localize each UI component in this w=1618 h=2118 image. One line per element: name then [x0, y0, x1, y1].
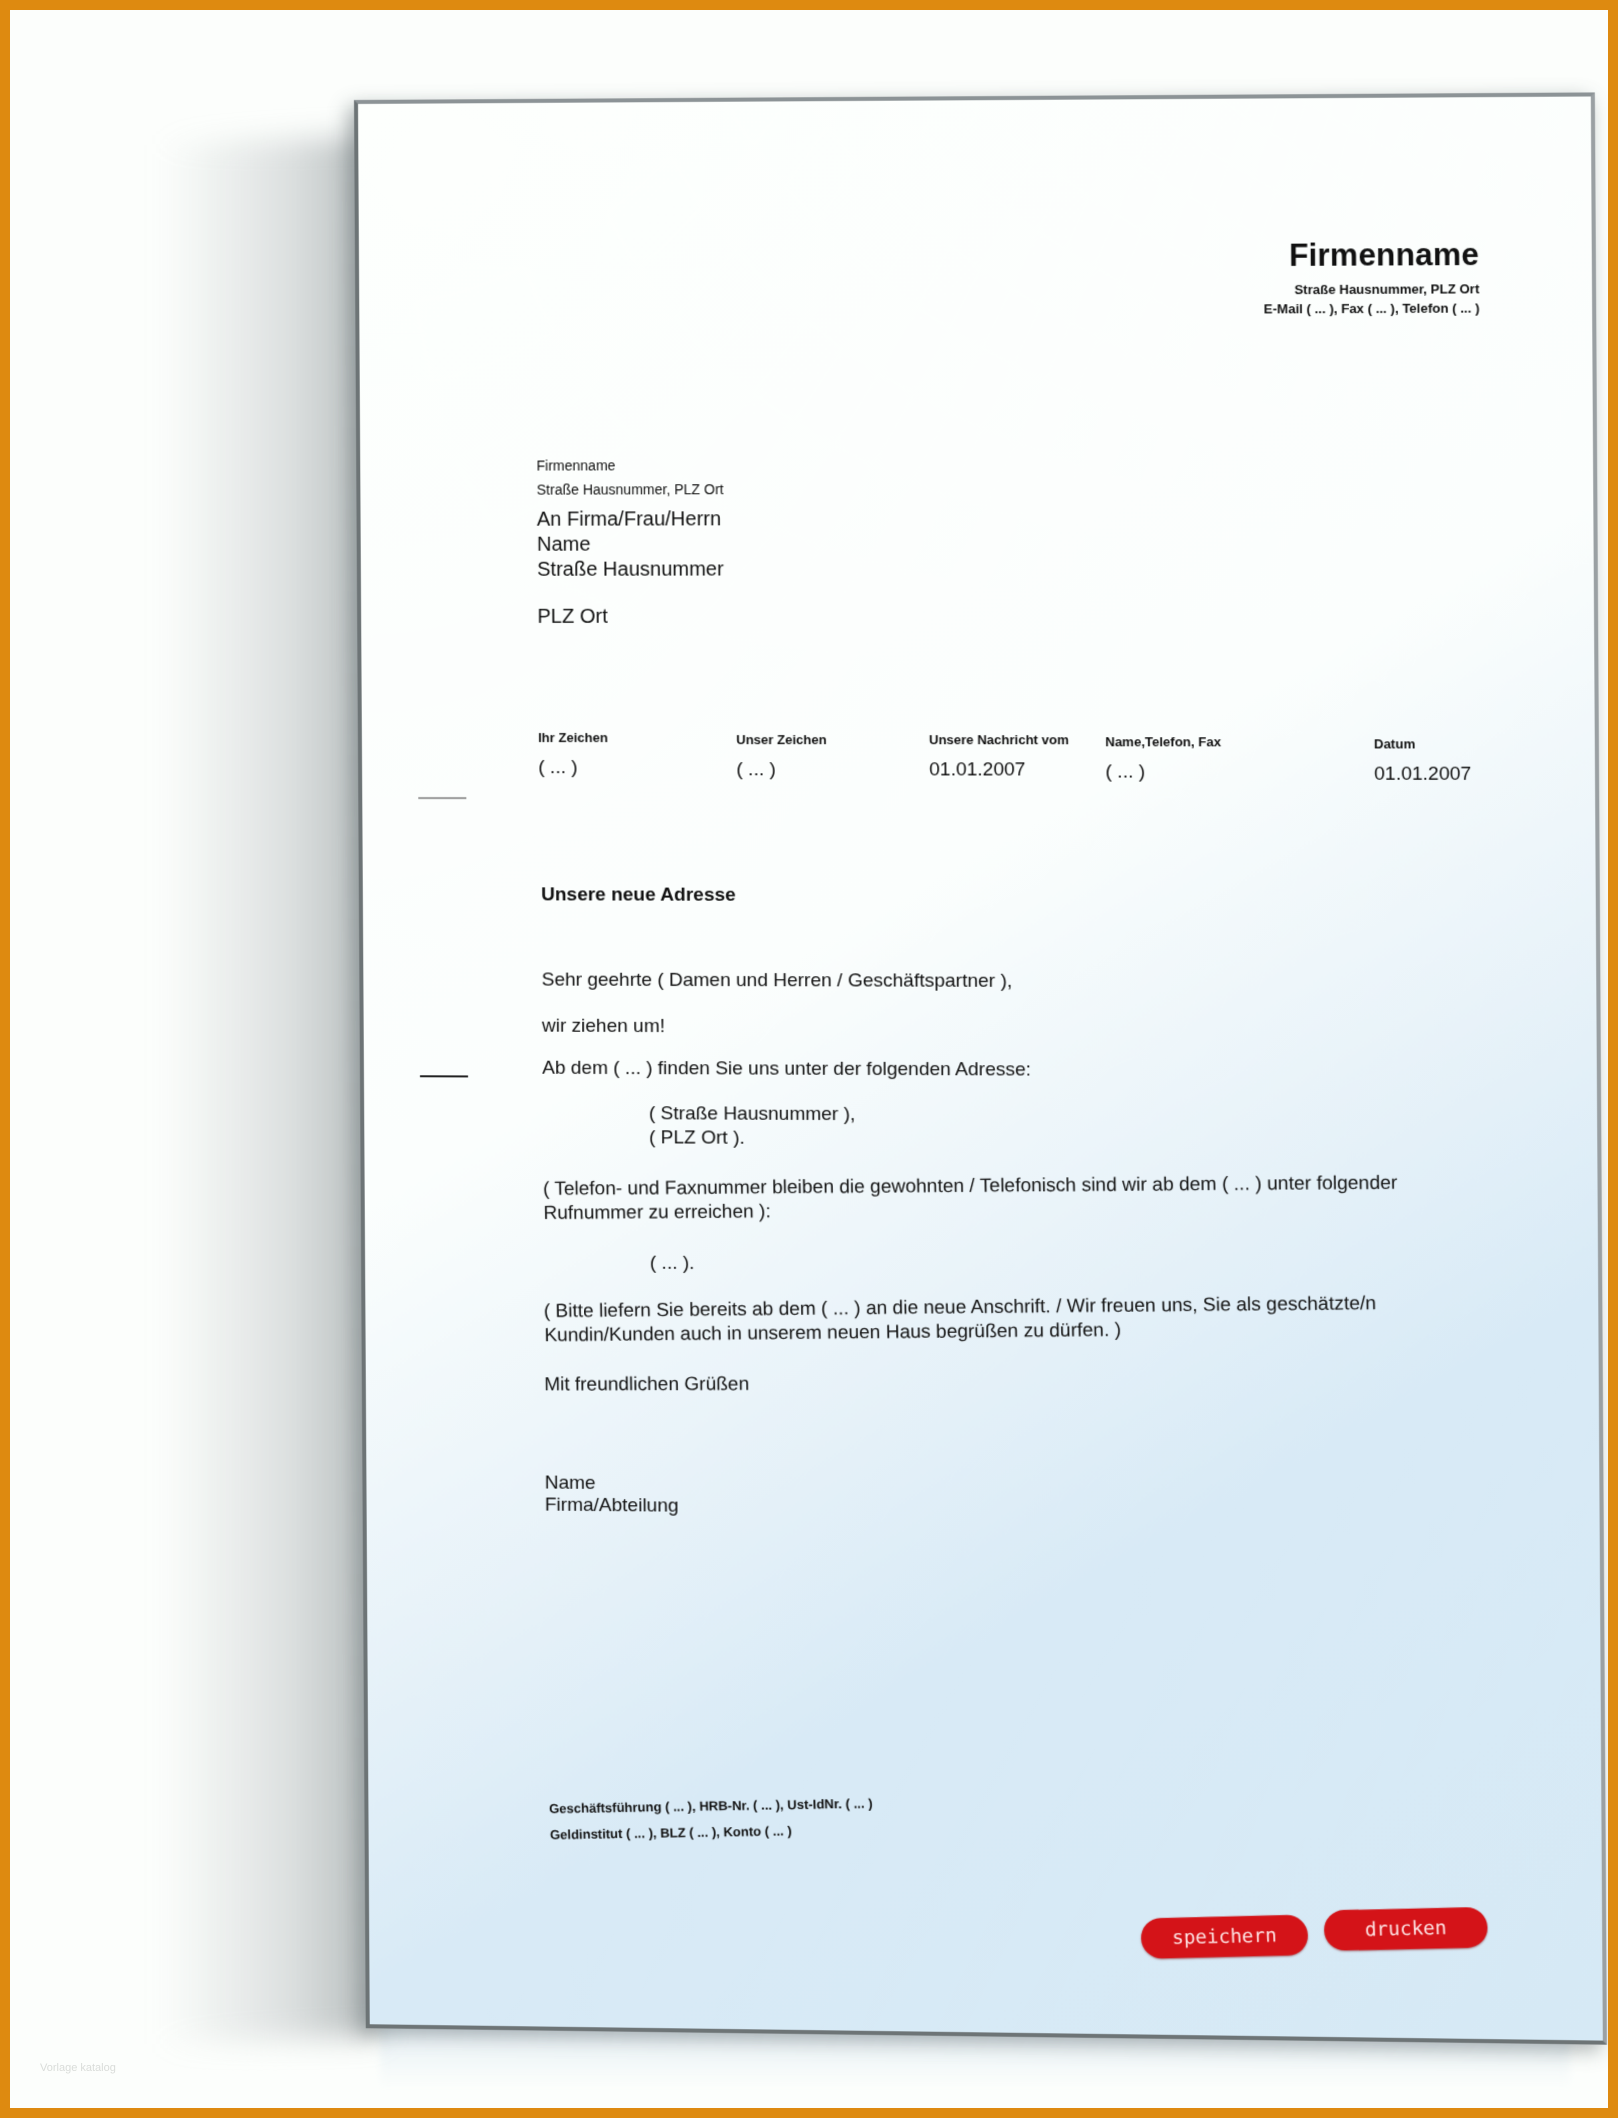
new-address-city: ( PLZ Ort ). — [649, 1126, 1434, 1154]
body-paragraph: ( Telefon- und Faxnummer bleiben die gew… — [543, 1171, 1435, 1226]
reference-value: ( ... ) — [1105, 761, 1221, 783]
recipient-line-3: Straße Hausnummer — [537, 557, 724, 582]
reference-unser-zeichen: Unser Zeichen ( ... ) — [736, 732, 827, 781]
recipient-block: An Firma/Frau/Herrn Name Straße Hausnumm… — [537, 507, 724, 630]
reference-value: ( ... ) — [538, 757, 608, 779]
letter-subject: Unsere neue Adresse — [541, 884, 736, 906]
reference-value: 01.01.2007 — [929, 759, 1069, 781]
body-paragraph: ( Bitte liefern Sie bereits ab dem ( ...… — [544, 1291, 1436, 1348]
letter-footer: Geschäftsführung ( ... ), HRB-Nr. ( ... … — [549, 1791, 874, 1849]
watermark: Vorlage katalog — [40, 2062, 116, 2074]
reference-label: Unsere Nachricht vom — [929, 732, 1069, 747]
footer-line-1: Geschäftsführung ( ... ), HRB-Nr. ( ... … — [549, 1791, 873, 1823]
reference-value: 01.01.2007 — [1374, 764, 1471, 786]
recipient-line-2: Name — [537, 532, 724, 557]
letterhead-address: Straße Hausnummer, PLZ Ort — [1264, 281, 1480, 297]
reference-datum: Datum 01.01.2007 — [1374, 736, 1471, 786]
letterhead-company-name: Firmenname — [1263, 237, 1479, 274]
recipient-line-1: An Firma/Frau/Herrn — [537, 507, 724, 532]
print-button[interactable]: drucken — [1323, 1907, 1488, 1951]
page-shadow — [160, 136, 380, 2044]
sender-company: Firmenname — [536, 453, 615, 477]
body-paragraph: Ab dem ( ... ) finden Sie uns unter der … — [542, 1058, 1433, 1083]
recipient-line-4: PLZ Ort — [537, 605, 724, 630]
reference-name-telefon-fax: Name,Telefon, Fax ( ... ) — [1105, 734, 1221, 783]
letter-body: Sehr geehrte ( Damen und Herren / Geschä… — [542, 970, 1436, 1524]
reference-label: Unser Zeichen — [736, 732, 826, 747]
save-button-label: speichern — [1172, 1924, 1278, 1949]
sender-address-block: Straße Hausnummer, PLZ Ort — [537, 477, 724, 501]
save-button[interactable]: speichern — [1140, 1915, 1308, 1959]
new-address: ( Straße Hausnummer ), ( PLZ Ort ). — [542, 1102, 1433, 1154]
reference-nachricht-vom: Unsere Nachricht vom 01.01.2007 — [929, 732, 1069, 781]
letter-page: Firmenname Straße Hausnummer, PLZ Ort E-… — [354, 92, 1607, 2044]
letterhead-contact: E-Mail ( ... ), Fax ( ... ), Telefon ( .… — [1264, 300, 1480, 316]
new-phone: ( ... ). — [543, 1252, 1434, 1279]
closing: Mit freundlichen Grüßen — [544, 1373, 1435, 1397]
reference-label: Datum — [1374, 736, 1471, 751]
print-button-label: drucken — [1364, 1917, 1447, 1941]
body-paragraph: wir ziehen um! — [542, 1016, 1433, 1041]
signature-block: Name Firma/Abteilung — [545, 1472, 1436, 1523]
reference-label: Name,Telefon, Fax — [1105, 734, 1221, 749]
salutation: Sehr geehrte ( Damen und Herren / Geschä… — [542, 970, 1433, 995]
reference-value: ( ... ) — [736, 759, 826, 781]
new-address-street: ( Straße Hausnummer ), — [649, 1102, 1434, 1129]
reference-row: Ihr Zeichen ( ... ) Unser Zeichen ( ... … — [538, 730, 1470, 791]
footer-line-2: Geldinstitut ( ... ), BLZ ( ... ), Konto… — [550, 1817, 874, 1848]
sender-block: Firmenname — [536, 453, 615, 477]
reference-ihr-zeichen: Ihr Zeichen ( ... ) — [538, 730, 608, 779]
punch-mark — [420, 1075, 468, 1077]
reference-label: Ihr Zeichen — [538, 730, 608, 745]
sender-address: Straße Hausnummer, PLZ Ort — [537, 477, 724, 501]
fold-mark — [418, 797, 466, 799]
letterhead: Firmenname Straße Hausnummer, PLZ Ort E-… — [1263, 237, 1479, 317]
canvas: Firmenname Straße Hausnummer, PLZ Ort E-… — [10, 10, 1608, 2108]
